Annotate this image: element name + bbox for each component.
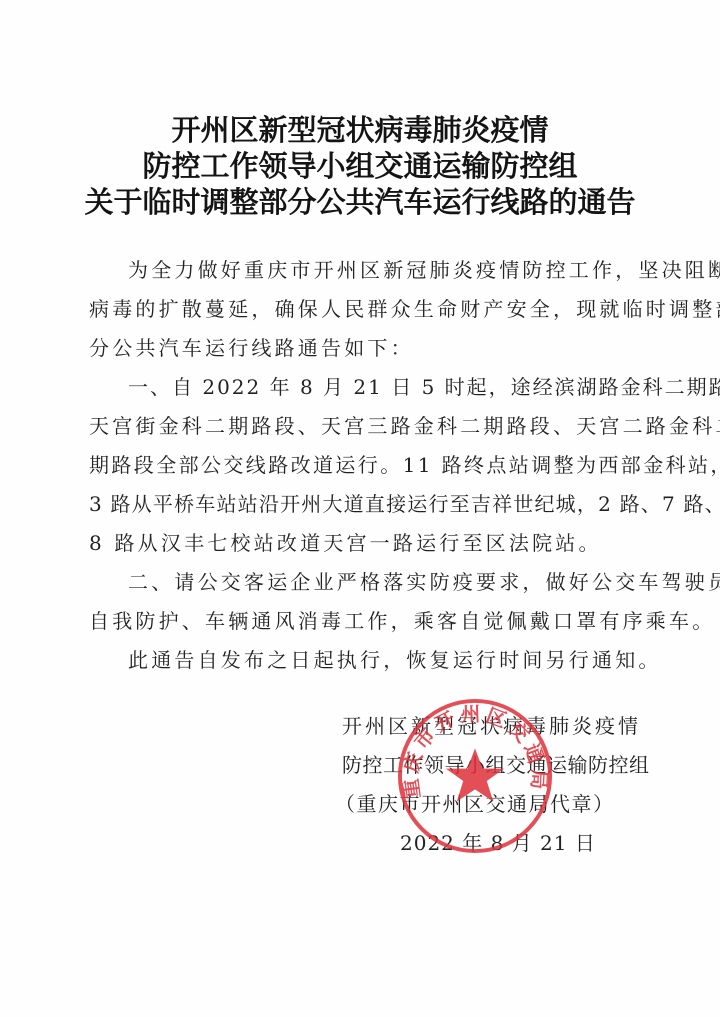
body-line-4: 一、自 2022 年 8 月 21 日 5 时起，途经滨湖路金科二期路段、 bbox=[128, 374, 720, 400]
title-line-2: 防控工作领导小组交通运输防控组 bbox=[0, 148, 720, 184]
signature-org-line-2: 防控工作领导小组交通运输防控组 bbox=[342, 752, 650, 778]
signature-date: 2022 年 8 月 21 日 bbox=[400, 830, 596, 856]
body-line-7: 3 路从平桥车站站沿开州大道直接运行至吉祥世纪城，2 路、7 路、 bbox=[89, 491, 720, 517]
body-line-1: 为全力做好重庆市开州区新冠肺炎疫情防控工作，坚决阻断 bbox=[128, 257, 720, 283]
body-line-10: 自我防护、车辆通风消毒工作，乘客自觉佩戴口罩有序乘车。 bbox=[89, 608, 715, 634]
signature-proxy-seal: （重庆市开州区交通局代章） bbox=[335, 791, 615, 817]
body-line-2: 病毒的扩散蔓延，确保人民群众生命财产安全，现就临时调整部 bbox=[89, 296, 720, 322]
title-line-1: 开州区新型冠状病毒肺炎疫情 bbox=[0, 112, 720, 148]
title-line-3: 关于临时调整部分公共汽车运行线路的通告 bbox=[0, 184, 720, 220]
signature-org-line-1: 开州区新型冠状病毒肺炎疫情 bbox=[342, 713, 641, 739]
body-line-6: 期路段全部公交线路改道运行。11 路终点站调整为西部金科站， bbox=[89, 452, 720, 478]
body-line-11: 此通告自发布之日起执行，恢复运行时间另行通知。 bbox=[128, 647, 662, 673]
body-line-9: 二、请公交客运企业严格落实防疫要求，做好公交车驾驶员 bbox=[128, 569, 720, 595]
body-line-3: 分公共汽车运行线路通告如下： bbox=[89, 335, 414, 361]
document-page: 开州区新型冠状病毒肺炎疫情 防控工作领导小组交通运输防控组 关于临时调整部分公共… bbox=[0, 0, 720, 1017]
body-line-5: 天宫街金科二期路段、天宫三路金科二期路段、天宫二路金科二 bbox=[89, 413, 720, 439]
body-line-8: 8 路从汉丰七校站改道天宫一路运行至区法院站。 bbox=[89, 530, 602, 556]
